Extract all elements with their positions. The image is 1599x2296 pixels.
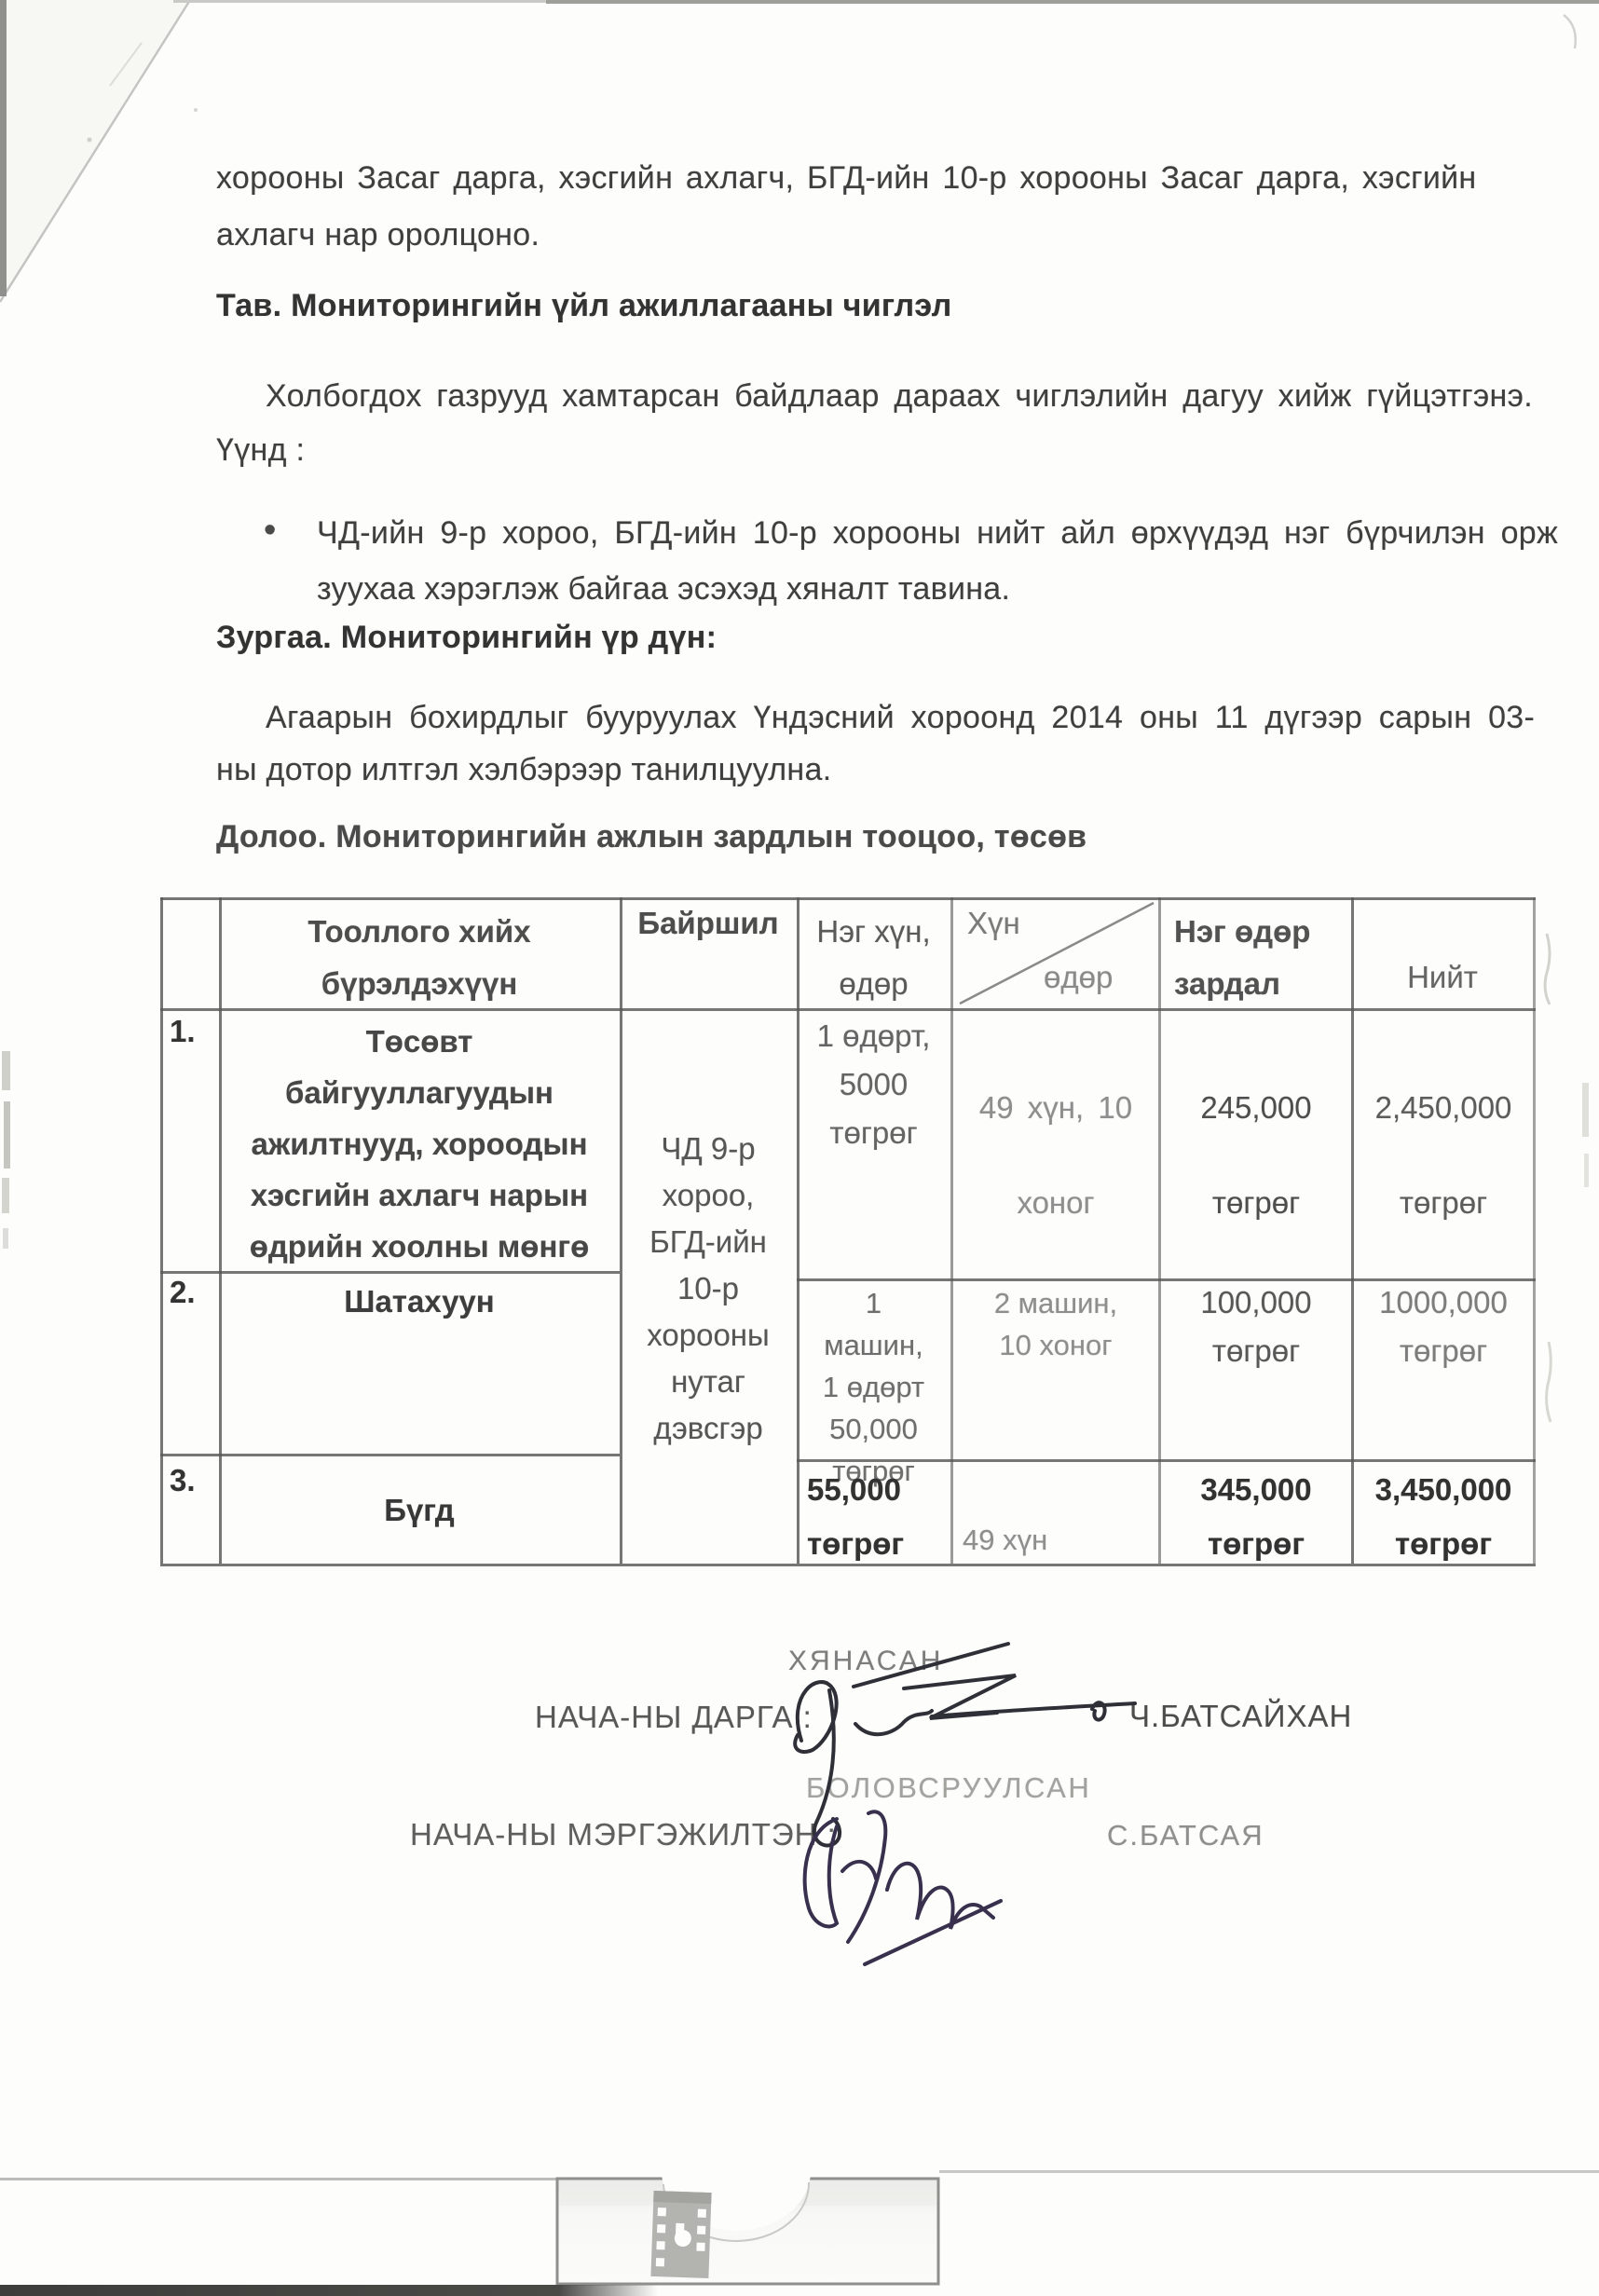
row3-total: 3,450,000төгрөг <box>1354 1463 1533 1571</box>
film-strip-icon <box>650 2191 711 2278</box>
row3-person-day: 49 хүн <box>963 1517 1158 1564</box>
header-person: Хүн <box>967 906 1070 941</box>
row3-number: 3. <box>170 1463 214 1498</box>
header-per-person: Нэг хүн,өдөр <box>799 906 948 1010</box>
row2-per-person: 1машин,1 өдөрт50,000төгрөг <box>799 1282 948 1492</box>
table-border-top <box>160 897 1536 900</box>
bullet-line1: ЧД-ийн 9-р хороо, БГД-ийн 10-р хорооны н… <box>317 513 1558 553</box>
bullet-line2: зуухаа хэрэглэж байгаа эсэхэд хяналт тав… <box>317 569 1010 608</box>
header-day: өдөр <box>1044 960 1151 995</box>
header-total: Нийт <box>1354 960 1531 995</box>
section7-heading: Долоо. Мониторингийн ажлын зардлын тооцо… <box>216 817 1086 856</box>
scan-edge-artifact <box>0 2285 658 2296</box>
scanned-document-page: хорооны Засаг дарга, хэсгийн ахлагч, БГД… <box>0 0 1599 2296</box>
header-staff: Тооллого хийхбүрэлдэхүүн <box>222 906 617 1010</box>
row1-total: 2,450,000төгрөг <box>1354 1060 1533 1250</box>
row2-person-day: 2 машин,10 хоног <box>953 1282 1158 1366</box>
row3-per-person: 55,000төгрөг <box>807 1463 947 1571</box>
row3-daily-cost: 345,000төгрөг <box>1161 1463 1351 1571</box>
row1-daily-cost: 245,000төгрөг <box>1161 1060 1351 1250</box>
right-margin-smudges <box>1545 934 1589 1422</box>
scanner-top-edge <box>173 0 1599 48</box>
header-daily-cost: Нэг өдөрзардал <box>1174 906 1344 1010</box>
specialist-signature <box>783 1789 1025 1985</box>
paragraph1-line2: ахлагч нар оролцоно. <box>216 215 540 254</box>
row2-daily-cost: 100,000төгрөг <box>1161 1278 1351 1375</box>
row1-person-day: 49 хүн, 10хоног <box>953 1060 1158 1250</box>
page-fold-artifact <box>0 0 198 302</box>
row1-item: Төсөвтбайгууллагуудынажилтнууд, хороодын… <box>222 1016 617 1272</box>
section5-line2: Үүнд : <box>216 430 305 470</box>
section5-heading: Тав. Мониторингийн үйл ажиллагааны чиглэ… <box>216 286 952 325</box>
header-location: Байршил <box>622 906 794 941</box>
section6-line2: ны дотор илтгэл хэлбэрээр танилцуулна. <box>216 750 831 789</box>
paragraph1-line1: хорооны Засаг дарга, хэсгийн ахлагч, БГД… <box>216 158 1532 198</box>
row3-item: Бүгд <box>222 1487 617 1534</box>
scan-object-artifact <box>0 2111 1599 2284</box>
table-border-right <box>1533 897 1536 1564</box>
row2-item: Шатахуун <box>222 1278 617 1325</box>
section6-line1: Агаарын бохирдлыг бууруулах Үндэсний хор… <box>266 698 1535 737</box>
cell-location: ЧД 9-рхороо,БГД-ийн10-рхороонынутагдэвсг… <box>622 1126 794 1452</box>
row1-per-person: 1 өдөрт,5000төгрөг <box>799 1012 948 1157</box>
section6-heading: Зургаа. Мониторингийн үр дүн: <box>216 618 717 657</box>
row1-number: 1. <box>170 1014 214 1049</box>
left-margin-smudges <box>2 1051 10 1249</box>
row2-number: 2. <box>170 1275 214 1310</box>
row2-total: 1000,000төгрөг <box>1354 1278 1533 1375</box>
section5-line1: Холбогдох газрууд хамтарсан байдлаар дар… <box>266 376 1533 416</box>
row2-divider-left <box>160 1454 620 1456</box>
table-border-left <box>160 897 163 1564</box>
bullet-marker: • <box>264 511 277 550</box>
